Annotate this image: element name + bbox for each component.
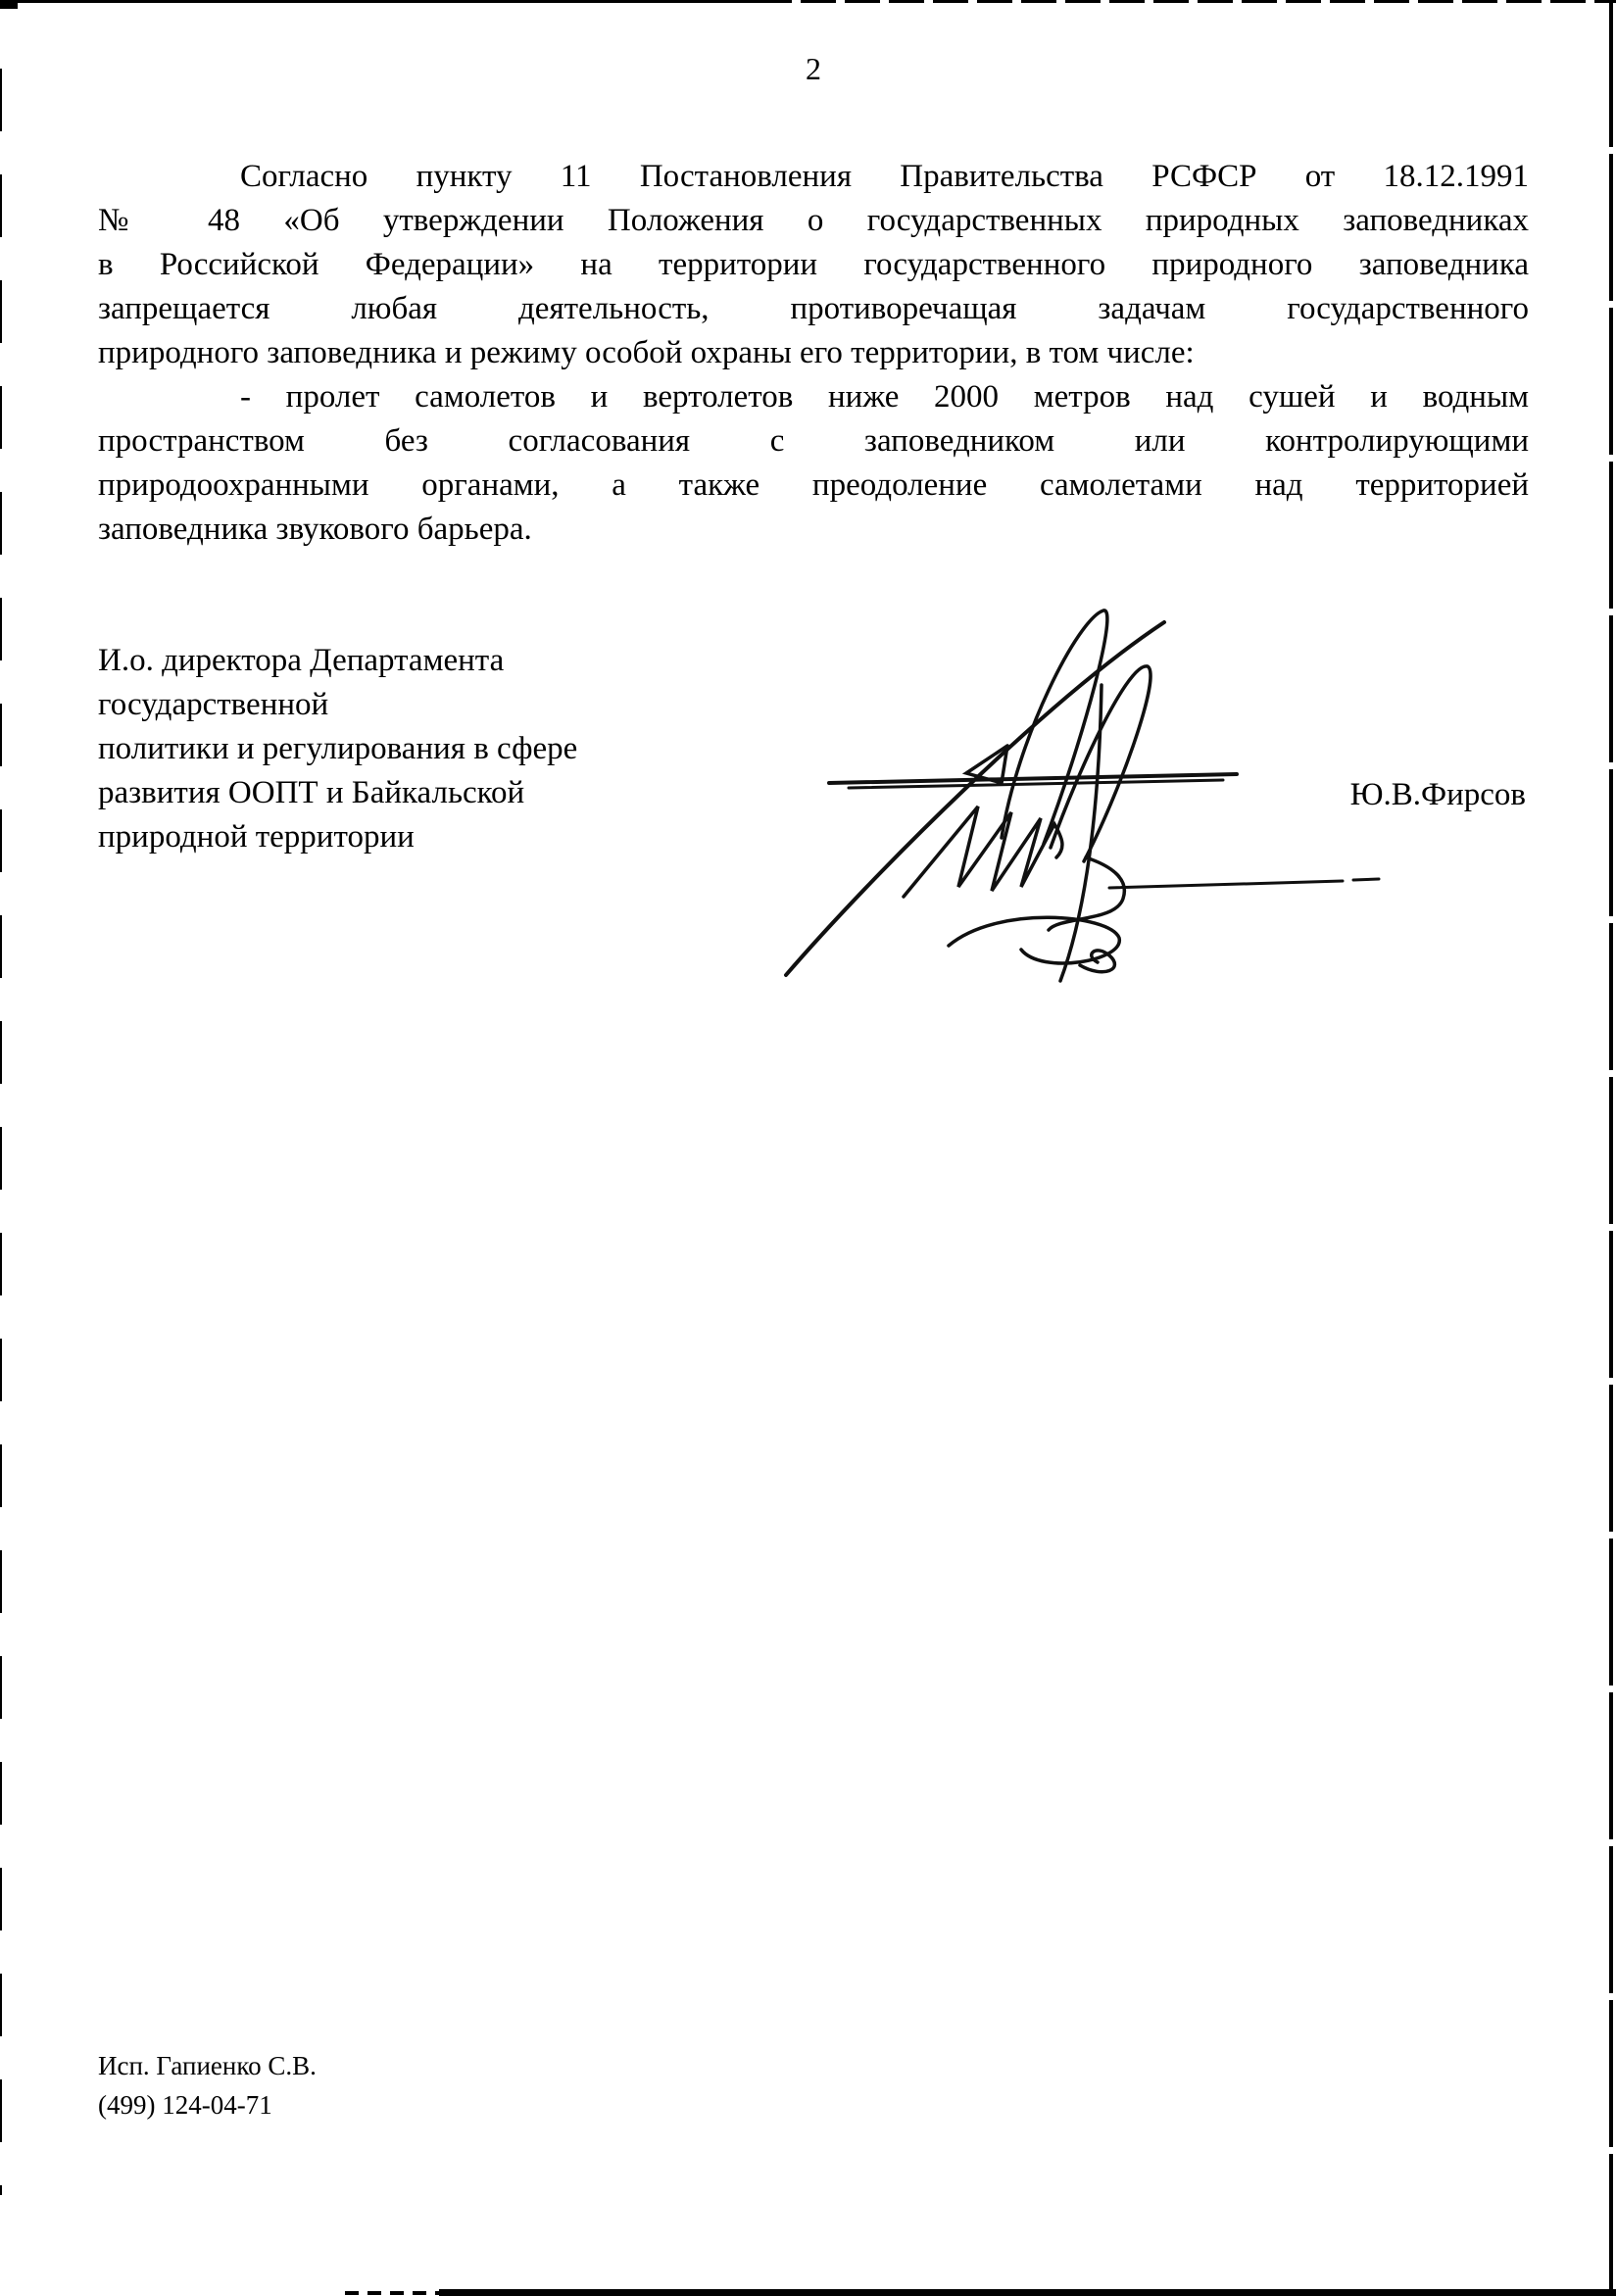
text-line: пространством без согласования с заповед…	[98, 419, 1529, 464]
executor-phone: (499) 124-04-71	[98, 2085, 317, 2125]
text-line: природного заповедника и режиму особой о…	[98, 331, 1529, 375]
text-line: природоохранными органами, а также преод…	[98, 464, 1529, 508]
text-line: в Российской Федерации» на территории го…	[98, 243, 1529, 287]
executor-name: Исп. Гапиенко С.В.	[98, 2046, 317, 2085]
signer-position-line: политики и регулирования в сфере	[98, 727, 725, 771]
body-text: Согласно пункту 11 Постановления Правите…	[98, 155, 1529, 552]
text-line: № 48 «Об утверждении Положения о государ…	[98, 199, 1529, 243]
scan-artifact-top-line	[0, 0, 757, 3]
scan-artifact-left-line	[0, 69, 2, 2195]
signer-position-block: И.о. директора Департамента государствен…	[98, 639, 725, 859]
text-line: Согласно пункту 11 Постановления Правите…	[98, 155, 1529, 199]
text-line: запрещается любая деятельность, противор…	[98, 287, 1529, 331]
scan-artifact-corner-mark	[0, 0, 18, 9]
text-line: заповедника звукового барьера.	[98, 508, 1529, 552]
paragraph: Согласно пункту 11 Постановления Правите…	[98, 155, 1529, 375]
text-line: - пролет самолетов и вертолетов ниже 200…	[98, 375, 1529, 419]
page-number: 2	[98, 51, 1529, 87]
scan-artifact-right-line	[1609, 0, 1613, 2296]
signer-position-line: И.о. директора Департамента государствен…	[98, 639, 725, 727]
paragraph: - пролет самолетов и вертолетов ниже 200…	[98, 375, 1529, 552]
handwritten-signature	[755, 591, 1387, 988]
document-page: 2 Согласно пункту 11 Постановления Прави…	[0, 0, 1616, 2296]
executor-footer: Исп. Гапиенко С.В. (499) 124-04-71	[98, 2046, 317, 2125]
signer-name: Ю.В.Фирсов	[1350, 773, 1526, 817]
signer-position-line: природной территории	[98, 815, 725, 859]
scan-artifact-bottom-line	[439, 2289, 1616, 2296]
scan-artifact-top-dashes	[757, 0, 1616, 3]
signature-scribble-icon	[755, 591, 1387, 988]
scan-artifact-bottom-dashes	[345, 2291, 439, 2295]
signer-position-line: развития ООПТ и Байкальской	[98, 771, 725, 815]
